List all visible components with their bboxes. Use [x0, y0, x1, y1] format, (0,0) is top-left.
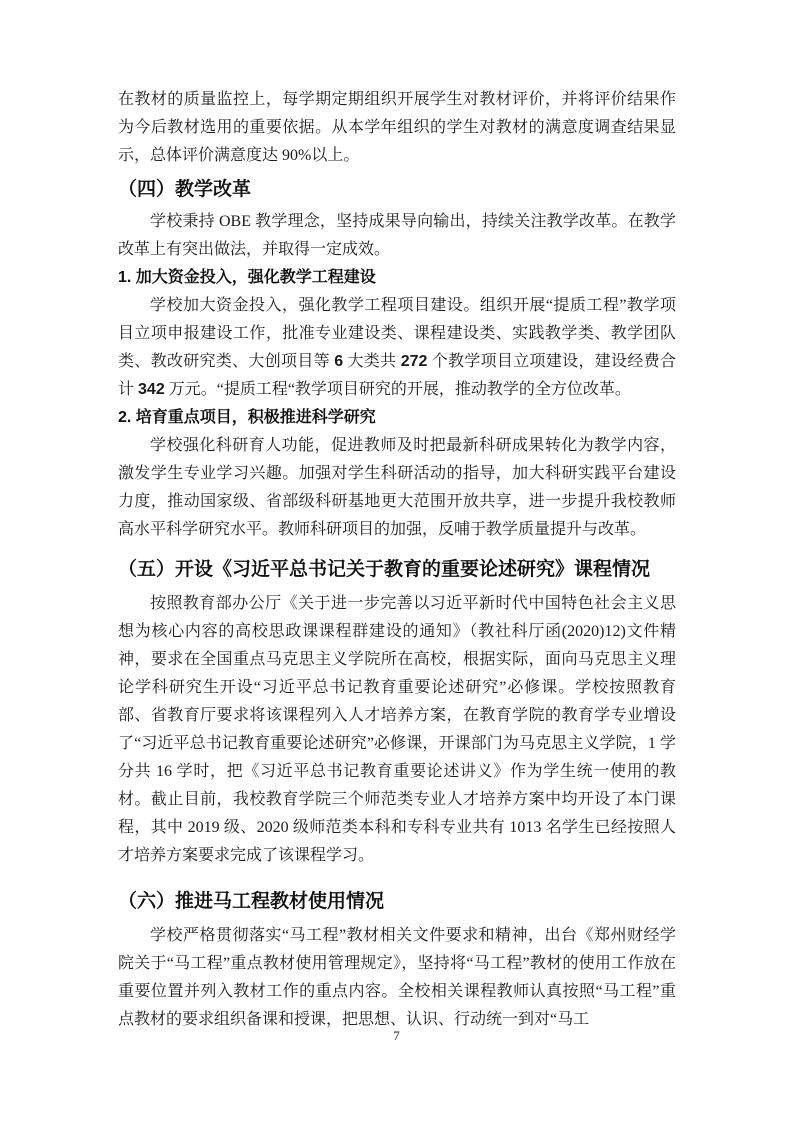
paragraph-obe-concept: 学校秉持 OBE 教学理念，坚持成果导向输出，持续关注教学改革。在教学改革上有突… — [118, 208, 676, 264]
subheading-1-funding: 1. 加大资金投入，强化教学工程建设 — [118, 264, 676, 292]
document-page: 在教材的质量监控上，每学期定期组织开展学生对教材评价，并将评价结果作为今后教材选… — [0, 0, 793, 1122]
page-number: 7 — [0, 1028, 793, 1044]
paragraph-funding-projects: 学校加大资金投入，强化教学工程项目建设。组织开展“提质工程”教学项目立项申报建设… — [118, 292, 676, 404]
text-run: 万元。“提质工程“教学项目研究的开展，推动教学的全方位改革。 — [165, 381, 631, 398]
paragraph-ma-project-textbooks: 学校严格贯彻落实“马工程”教材相关文件要求和精神，出台《郑州财经学院关于“马工程… — [118, 922, 676, 1034]
paragraph-scientific-research: 学校强化科研育人功能，促进教师及时把最新科研成果转化为教学内容，激发学生专业学习… — [118, 432, 676, 544]
subheading-2-key-projects: 2. 培育重点项目，积极推进科学研究 — [118, 404, 676, 432]
section-heading-six-ma-textbooks: （六）推进马工程教材使用情况 — [118, 886, 676, 918]
section-heading-four-teaching-reform: （四）教学改革 — [118, 174, 676, 206]
paragraph-course-offering: 按照教育部办公厅《关于进一步完善以习近平新时代中国特色社会主义思想为核心内容的高… — [118, 590, 676, 870]
bold-number-budget: 342 — [138, 381, 165, 398]
section-heading-five-course: （五）开设《习近平总书记关于教育的重要论述研究》课程情况 — [118, 554, 676, 586]
page-content: 在教材的质量监控上，每学期定期组织开展学生对教材评价，并将评价结果作为今后教材选… — [118, 86, 676, 1034]
bold-number-categories: 6 — [334, 353, 343, 370]
paragraph-textbook-quality: 在教材的质量监控上，每学期定期组织开展学生对教材评价，并将评价结果作为今后教材选… — [118, 86, 676, 170]
text-run: 大类共 — [343, 353, 401, 370]
bold-number-projects: 272 — [401, 353, 428, 370]
